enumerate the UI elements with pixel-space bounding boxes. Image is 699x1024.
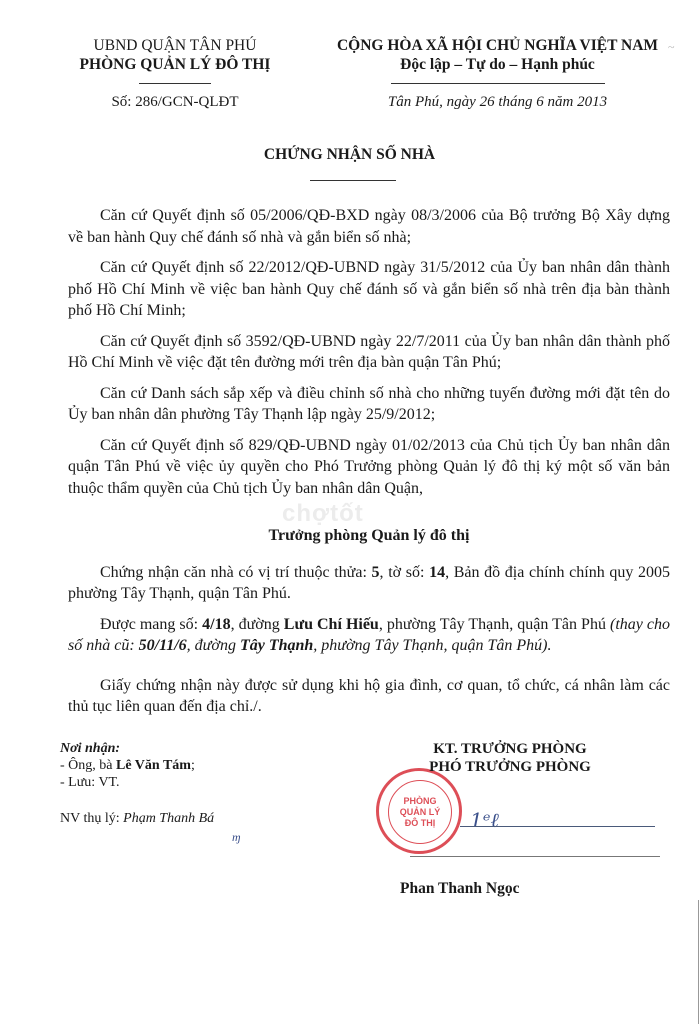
street-name: Lưu Chí Hiếu bbox=[284, 616, 379, 633]
certification-address: Được mang số: 4/18, đường Lưu Chí Hiếu, … bbox=[68, 614, 670, 657]
document-title: CHỨNG NHẬN SỐ NHÀ bbox=[0, 146, 699, 164]
issuer-block: UBND QUẬN TÂN PHÚ PHÒNG QUẢN LÝ ĐÔ THỊ S… bbox=[40, 36, 310, 111]
decision-heading: Trưởng phòng Quản lý đô thị bbox=[68, 525, 670, 547]
preamble-2: Căn cứ Quyết định số 22/2012/QĐ-UBND ngà… bbox=[68, 257, 670, 322]
place-date: Tân Phú, ngày 26 tháng 6 năm 2013 bbox=[300, 94, 695, 111]
preamble-4: Căn cứ Danh sách sắp xếp và điều chỉnh s… bbox=[68, 383, 670, 426]
certification-usage: Giấy chứng nhận này được sử dụng khi hộ … bbox=[68, 675, 670, 718]
motto-rule bbox=[391, 83, 605, 84]
corner-mark: ~ bbox=[668, 40, 675, 55]
house-number: 4/18 bbox=[202, 616, 230, 633]
preamble-3: Căn cứ Quyết định số 3592/QĐ-UBND ngày 2… bbox=[68, 331, 670, 374]
recipient-name: Lê Văn Tám bbox=[116, 758, 191, 773]
old-house-number: 50/11/6 bbox=[139, 637, 187, 654]
signatory-name: Phan Thanh Ngọc bbox=[400, 880, 519, 898]
recipient-2: - Lưu: VT. bbox=[60, 774, 350, 791]
signatory-title-1: KT. TRƯỞNG PHÒNG bbox=[360, 740, 660, 758]
handler-name: Phạm Thanh Bá bbox=[123, 811, 214, 826]
recipients-heading: Nơi nhận: bbox=[60, 740, 350, 757]
issuer-rule bbox=[139, 83, 211, 84]
recipient-1: - Ông, bà Lê Văn Tám; bbox=[60, 757, 350, 774]
official-stamp: PHÒNG QUẢN LÝ ĐÔ THỊ bbox=[376, 768, 462, 854]
document-number: Số: 286/GCN-QLĐT bbox=[40, 94, 310, 111]
document-body: Căn cứ Quyết định số 05/2006/QĐ-BXD ngày… bbox=[68, 205, 670, 727]
certification-parcel: Chứng nhận căn nhà có vị trí thuộc thửa:… bbox=[68, 562, 670, 605]
handwritten-signature: 1ᵉℓ bbox=[470, 808, 499, 833]
initial-mark: ɱ bbox=[232, 830, 241, 845]
issuer-office: PHÒNG QUẢN LÝ ĐÔ THỊ bbox=[40, 55, 310, 74]
preamble-1: Căn cứ Quyết định số 05/2006/QĐ-BXD ngày… bbox=[68, 205, 670, 248]
watermark: chợtốt bbox=[282, 500, 364, 528]
recipients-block: Nơi nhận: - Ông, bà Lê Văn Tám; - Lưu: V… bbox=[60, 740, 350, 827]
title-rule bbox=[310, 180, 396, 181]
stamp-text: PHÒNG QUẢN LÝ ĐÔ THỊ bbox=[388, 780, 452, 844]
signature-block: KT. TRƯỞNG PHÒNG PHÓ TRƯỞNG PHÒNG bbox=[360, 740, 660, 776]
parcel-number: 5 bbox=[372, 564, 380, 581]
signature-stroke bbox=[460, 826, 655, 827]
signatory-title-2: PHÓ TRƯỞNG PHÒNG bbox=[360, 758, 660, 776]
national-motto: Độc lập – Tự do – Hạnh phúc bbox=[300, 55, 695, 74]
sheet-number: 14 bbox=[429, 564, 445, 581]
issuer-authority: UBND QUẬN TÂN PHÚ bbox=[40, 36, 310, 55]
signature-stroke-2 bbox=[410, 856, 660, 857]
national-header: CỘNG HÒA XÃ HỘI CHỦ NGHĨA VIỆT NAM Độc l… bbox=[300, 36, 695, 111]
handler-line: NV thụ lý: Phạm Thanh Bá bbox=[60, 810, 350, 827]
old-street-name: Tây Thạnh bbox=[240, 637, 313, 654]
country-name: CỘNG HÒA XÃ HỘI CHỦ NGHĨA VIỆT NAM bbox=[300, 36, 695, 55]
preamble-5: Căn cứ Quyết định số 829/QĐ-UBND ngày 01… bbox=[68, 435, 670, 500]
